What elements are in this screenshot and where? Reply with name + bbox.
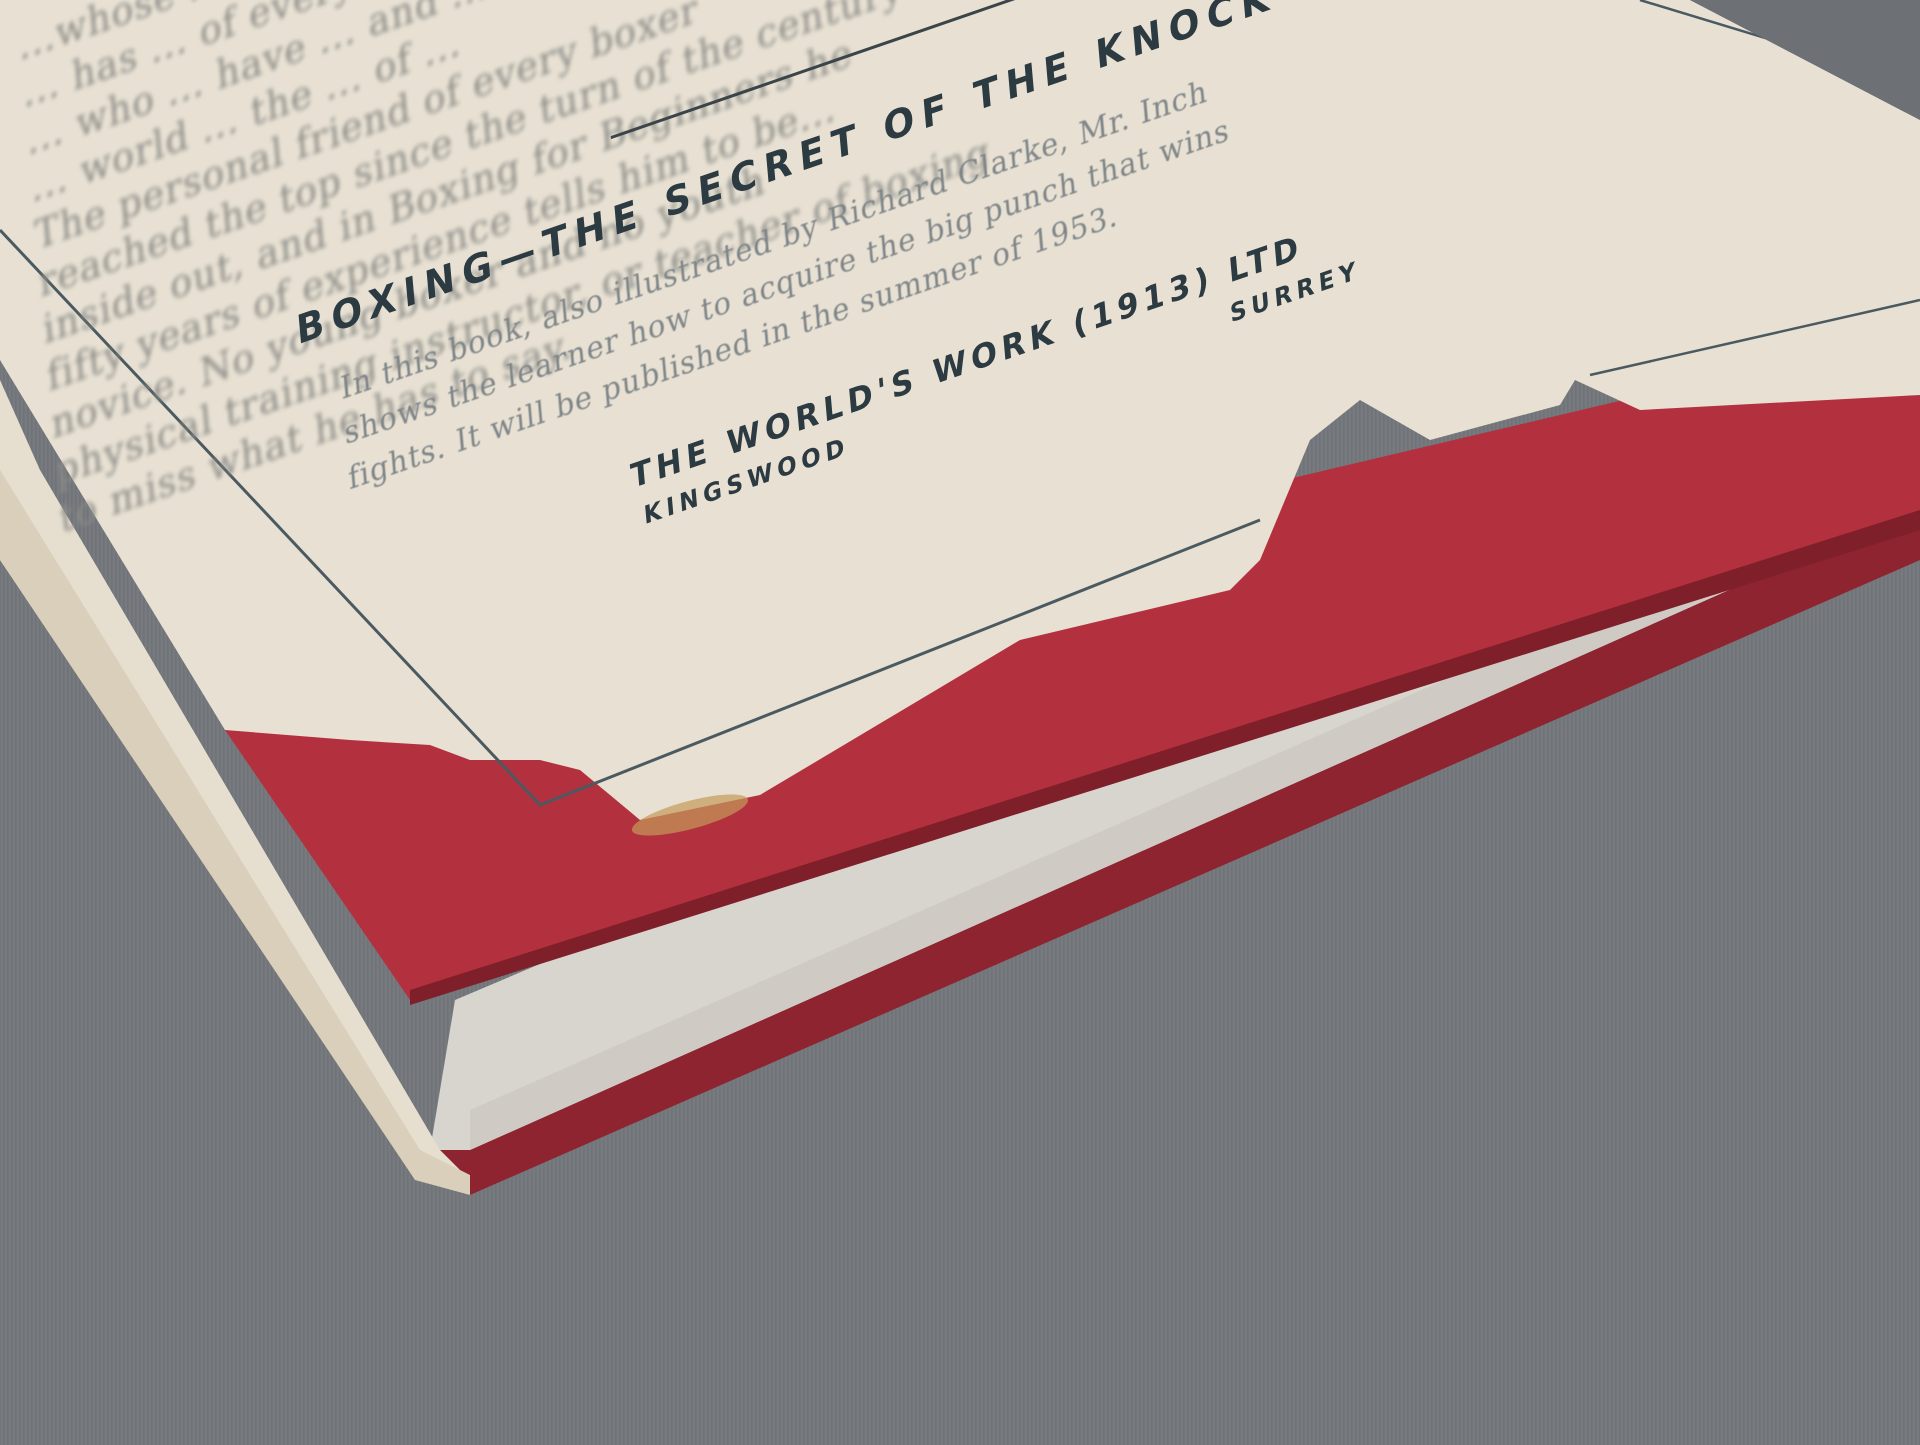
photo-scene: ...whose ... for the ... and ... teach .… [0,0,1920,1445]
